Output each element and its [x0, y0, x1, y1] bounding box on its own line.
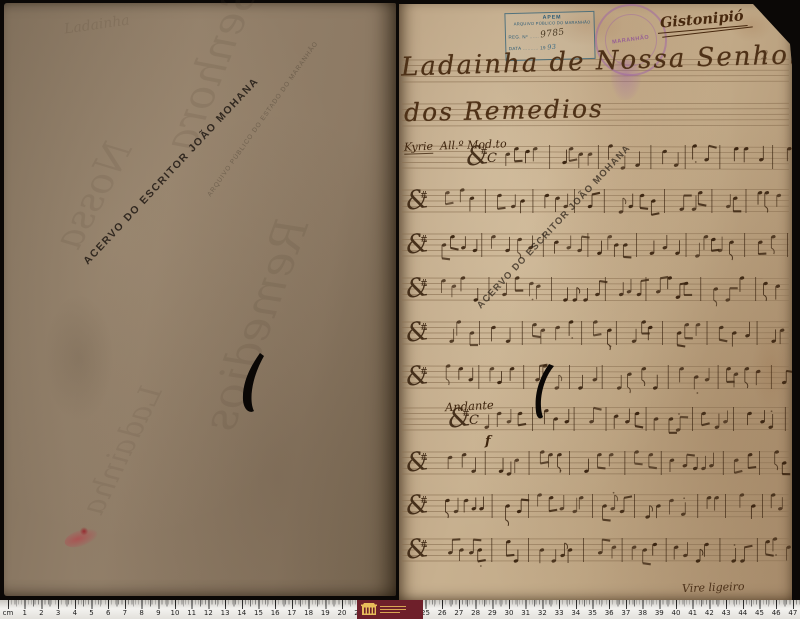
stain: [44, 293, 114, 423]
ruler-number: 8: [139, 609, 143, 617]
cm-ruler: cm12345678910111213141516171819202122232…: [0, 600, 800, 619]
ruler-number: 6: [106, 609, 110, 617]
ruler-number: 35: [588, 609, 597, 617]
dynamic-forte: f: [485, 434, 491, 449]
ruler-number: 33: [555, 609, 564, 617]
ruler-number: 1: [22, 609, 26, 617]
ruler-number: 13: [221, 609, 230, 617]
red-ink-smudge: [62, 525, 99, 551]
ruler-number: 28: [471, 609, 480, 617]
ruler-number: 38: [638, 609, 647, 617]
acervo-joao-mohana-stamp: ACERVO DO ESCRITOR JOÃO MOHANA: [81, 75, 261, 267]
ruler-number: 9: [156, 609, 160, 617]
svg-text:#: #: [420, 540, 428, 550]
svg-text:#: #: [420, 453, 428, 463]
handwritten-reg-number: 9785: [540, 26, 565, 40]
ruler-number: 44: [738, 609, 747, 617]
ruler-number: 30: [505, 609, 514, 617]
ruler-number: 34: [571, 609, 580, 617]
ruler-number: 32: [538, 609, 547, 617]
turn-page-note: Vire ligeiro: [682, 580, 745, 595]
ruler-number: 27: [454, 609, 463, 617]
svg-text:C: C: [487, 151, 497, 166]
bleedthrough-text: Remedios: [193, 211, 319, 439]
page-number: 2: [761, 48, 769, 62]
ruler-unit-label: cm: [3, 609, 14, 617]
ruler-number: 41: [688, 609, 697, 617]
left-page: Senhora Nossa Remedios Ladainha Ladainha…: [4, 3, 396, 596]
ruler-number: 14: [237, 609, 246, 617]
svg-text:#: #: [420, 279, 428, 289]
ruler-number: 46: [772, 609, 781, 617]
paper-tear: [228, 351, 274, 417]
ruler-number: 39: [655, 609, 664, 617]
archive-logo: [357, 600, 423, 619]
ruler-number: 43: [722, 609, 731, 617]
svg-text:#: #: [420, 191, 428, 201]
bleedthrough-text: Ladainha: [63, 12, 130, 37]
ruler-number: 45: [755, 609, 764, 617]
ruler-number: 37: [621, 609, 630, 617]
bleedthrough-text: Nossa: [46, 133, 140, 258]
ruler-number: 40: [672, 609, 681, 617]
ruler-number: 3: [56, 609, 60, 617]
ruler-number: 5: [89, 609, 93, 617]
ruler-number: 12: [204, 609, 213, 617]
svg-text:#: #: [420, 496, 428, 506]
stamp-org-name: ARQUIVO PÚBLICO DO MARANHÃO: [508, 20, 596, 27]
ruler-number: 16: [271, 609, 280, 617]
ruler-number: 19: [321, 609, 330, 617]
ruler-number: 10: [171, 609, 180, 617]
manuscript-scan: Senhora Nossa Remedios Ladainha Ladainha…: [0, 0, 800, 619]
ruler-number: 4: [73, 609, 77, 617]
ruler-number: 36: [605, 609, 614, 617]
building-icon: [361, 603, 377, 616]
svg-text:#: #: [420, 367, 428, 377]
bleedthrough-text: Ladainha: [76, 379, 169, 521]
ruler-number: 15: [254, 609, 263, 617]
svg-text:#: #: [420, 323, 428, 333]
svg-text:C: C: [469, 413, 479, 428]
ruler-number: 31: [521, 609, 530, 617]
ruler-number: 26: [438, 609, 447, 617]
ruler-number: 42: [705, 609, 714, 617]
logo-text-lines: [380, 606, 406, 614]
music-manuscript-page: &#C&#&#&#&#&#&#C&#&#&# APEM ARQUIVO PÚBL…: [399, 4, 792, 600]
svg-text:#: #: [420, 235, 428, 245]
title-line-2: dos Remedios: [404, 94, 604, 127]
ruler-number: 20: [338, 609, 347, 617]
ruler-number: 29: [488, 609, 497, 617]
ruler-number: 2: [39, 609, 43, 617]
ruler-number: 7: [123, 609, 127, 617]
ruler-number: 11: [187, 609, 196, 617]
stamp-reg-row: REG. Nº ...... 9785: [508, 28, 596, 41]
ruler-number: 17: [287, 609, 296, 617]
ruler-number: 47: [788, 609, 797, 617]
andante-marking: Andante: [445, 398, 494, 415]
ruler-number: 18: [304, 609, 313, 617]
